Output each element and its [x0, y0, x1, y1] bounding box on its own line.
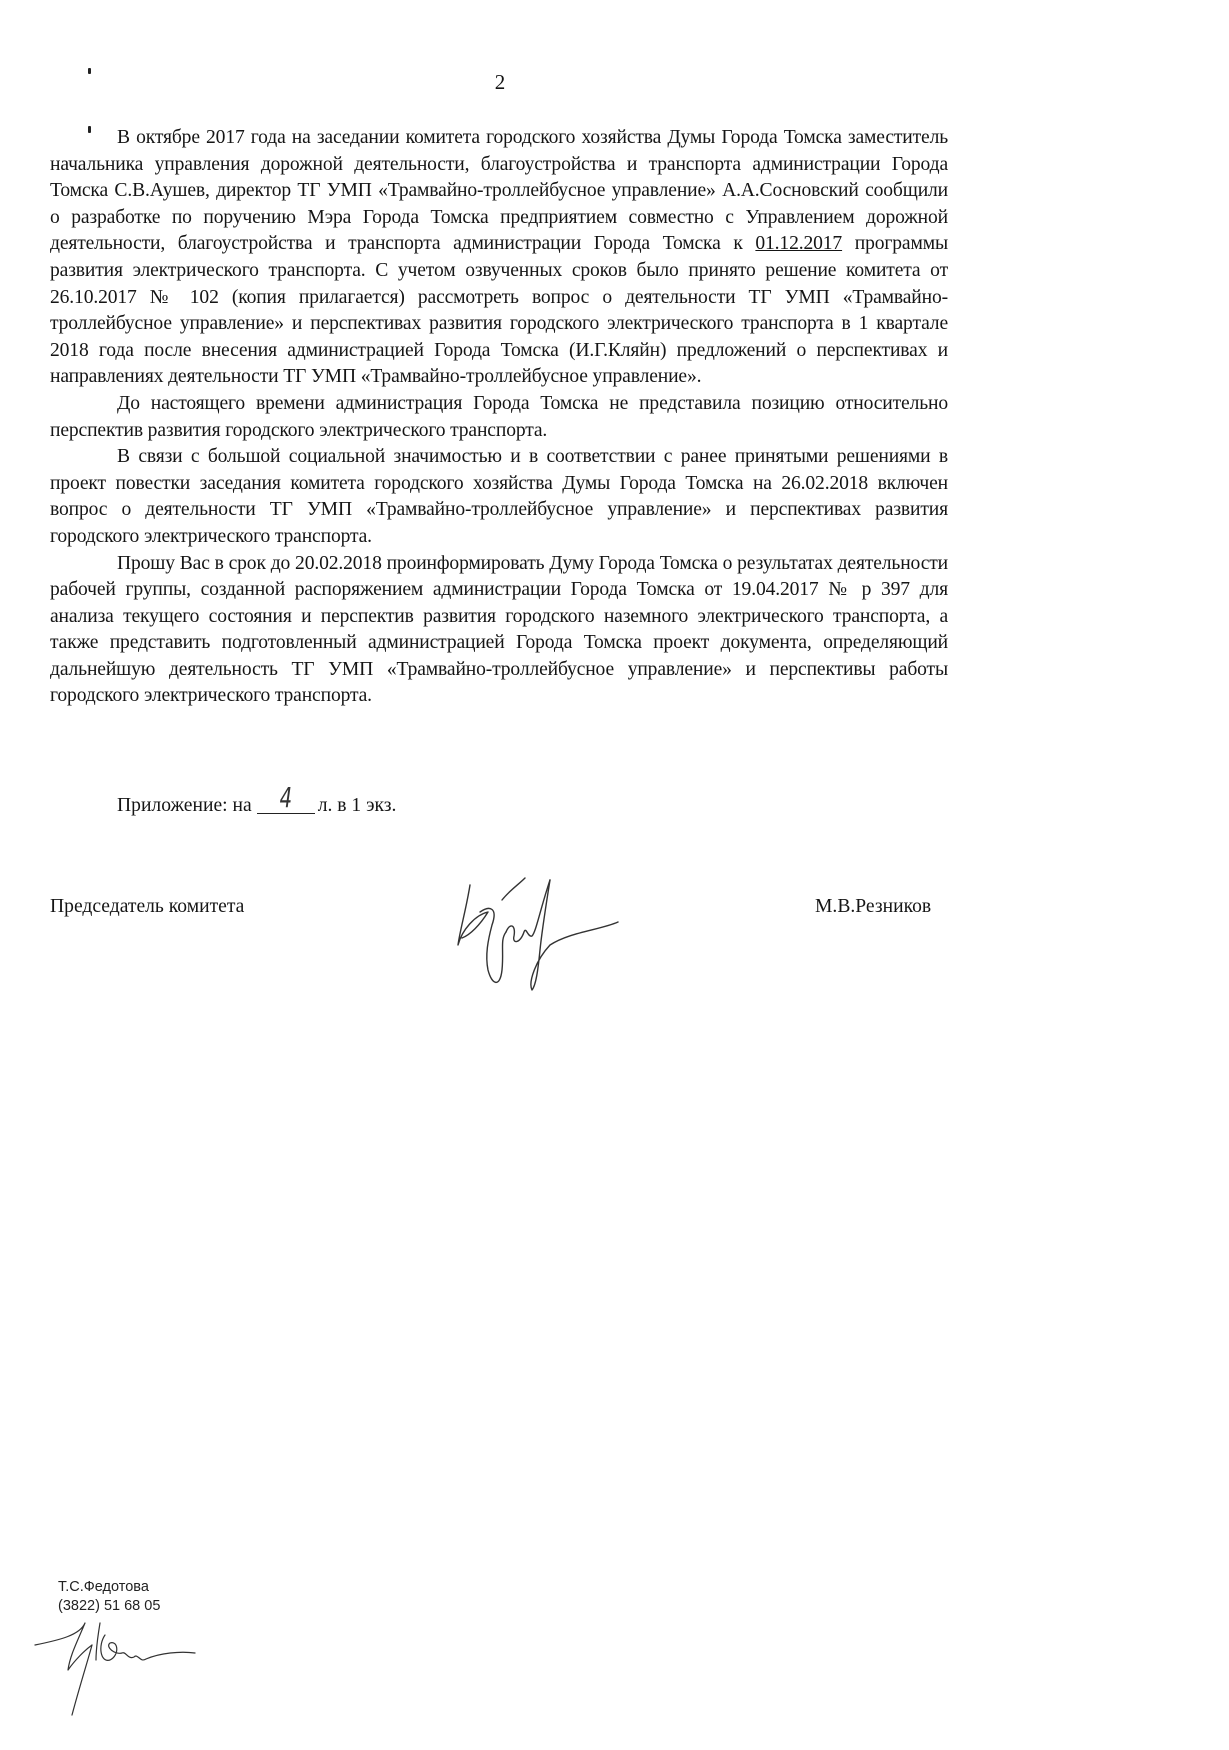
paragraph-1: В октябре 2017 года на заседании комитет…: [50, 125, 948, 391]
page-number: 2: [0, 70, 1000, 95]
paragraph-2: До настоящего времени администрация Горо…: [50, 391, 948, 444]
attachment-line: Приложение: на4л. в 1 экз.: [117, 793, 396, 817]
attachment-suffix: л. в 1 экз.: [318, 795, 397, 816]
executor-signature-icon: [30, 1615, 200, 1725]
paragraph-1-tail: программы развития электрического трансп…: [50, 233, 948, 387]
letter-body: В октябре 2017 года на заседании комитет…: [50, 125, 948, 710]
handwritten-page-count: 4: [279, 781, 291, 814]
handwritten-signature-icon: [440, 870, 640, 1000]
executor-block: Т.С.Федотова (3822) 51 68 05: [58, 1578, 160, 1616]
signatory-role: Председатель комитета: [50, 896, 244, 918]
paragraph-3: В связи с большой социальной значимостью…: [50, 444, 948, 550]
document-page: 2 В октябре 2017 года на заседании комит…: [0, 0, 1229, 1750]
attachment-pages-field: 4: [257, 793, 315, 814]
executor-name: Т.С.Федотова: [58, 1578, 160, 1597]
paragraph-4: Прошу Вас в срок до 20.02.2018 проинформ…: [50, 551, 948, 711]
attachment-prefix: Приложение: на: [117, 795, 252, 816]
deadline-date: 01.12.2017: [755, 233, 842, 254]
executor-phone: (3822) 51 68 05: [58, 1597, 160, 1616]
signatory-name: М.В.Резников: [815, 896, 931, 918]
